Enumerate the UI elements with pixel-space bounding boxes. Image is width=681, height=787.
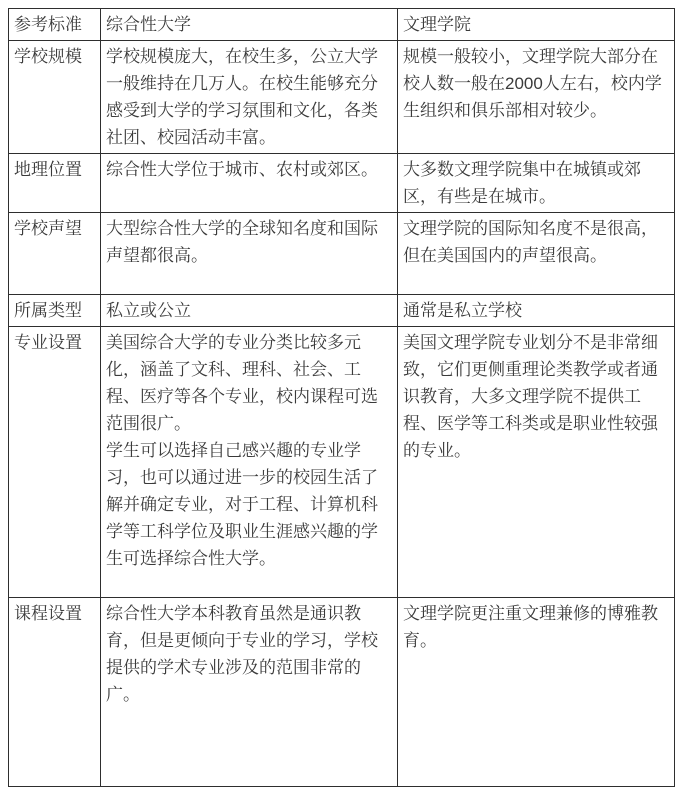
cell-paragraph: 规模一般较小，文理学院大部分在校人数一般在2000人左右，校内学生组织和俱乐部相… xyxy=(403,43,668,124)
cell-paragraph: 私立或公立 xyxy=(106,297,391,324)
table-row: 地理位置 综合性大学位于城市、农村或郊区。 大多数文理学院集中在城镇或郊区，有些… xyxy=(9,154,675,213)
cell-paragraph: 综合性大学位于城市、农村或郊区。 xyxy=(106,156,391,183)
university-cell: 学校规模庞大，在校生多，公立大学一般维持在几万人。在校生能够充分感受到大学的学习… xyxy=(101,41,398,154)
table-row: 所属类型 私立或公立 通常是私立学校 xyxy=(9,295,675,327)
college-cell: 文理学院更注重文理兼修的博雅教育。 xyxy=(398,598,675,787)
criterion-cell: 课程设置 xyxy=(9,598,101,787)
college-cell: 大多数文理学院集中在城镇或郊区，有些是在城市。 xyxy=(398,154,675,213)
cell-paragraph: 美国综合大学的专业分类比较多元化，涵盖了文科、理科、社会、工程、医疗等各个专业，… xyxy=(106,329,391,437)
header-cell-university: 综合性大学 xyxy=(101,9,398,41)
university-cell: 私立或公立 xyxy=(101,295,398,327)
cell-paragraph: 通常是私立学校 xyxy=(403,297,668,324)
cell-paragraph: 综合性大学本科教育虽然是通识教育，但是更倾向于专业的学习，学校提供的学术专业涉及… xyxy=(106,600,391,708)
university-cell: 综合性大学本科教育虽然是通识教育，但是更倾向于专业的学习，学校提供的学术专业涉及… xyxy=(101,598,398,787)
comparison-table: 参考标准 综合性大学 文理学院 学校规模 学校规模庞大，在校生多，公立大学一般维… xyxy=(8,8,675,787)
criterion-cell: 地理位置 xyxy=(9,154,101,213)
college-cell: 规模一般较小，文理学院大部分在校人数一般在2000人左右，校内学生组织和俱乐部相… xyxy=(398,41,675,154)
university-cell: 美国综合大学的专业分类比较多元化，涵盖了文科、理科、社会、工程、医疗等各个专业，… xyxy=(101,327,398,598)
header-cell-college: 文理学院 xyxy=(398,9,675,41)
criterion-cell: 所属类型 xyxy=(9,295,101,327)
criterion-cell: 学校规模 xyxy=(9,41,101,154)
cell-paragraph: 大多数文理学院集中在城镇或郊区，有些是在城市。 xyxy=(403,156,668,210)
header-cell-criterion: 参考标准 xyxy=(9,9,101,41)
cell-paragraph: 学生可以选择自己感兴趣的专业学习，也可以通过进一步的校园生活了解并确定专业，对于… xyxy=(106,437,391,572)
cell-paragraph: 文理学院的国际知名度不是很高，但在美国国内的声望很高。 xyxy=(403,215,668,269)
cell-paragraph: 美国文理学院专业划分不是非常细致，它们更侧重理论类教学或者通识教育，大多文理学院… xyxy=(403,329,668,464)
criterion-cell: 学校声望 xyxy=(9,213,101,295)
cell-paragraph: 文理学院更注重文理兼修的博雅教育。 xyxy=(403,600,668,654)
college-cell: 通常是私立学校 xyxy=(398,295,675,327)
college-cell: 美国文理学院专业划分不是非常细致，它们更侧重理论类教学或者通识教育，大多文理学院… xyxy=(398,327,675,598)
college-cell: 文理学院的国际知名度不是很高，但在美国国内的声望很高。 xyxy=(398,213,675,295)
cell-paragraph: 学校规模庞大，在校生多，公立大学一般维持在几万人。在校生能够充分感受到大学的学习… xyxy=(106,43,391,151)
table-row: 学校规模 学校规模庞大，在校生多，公立大学一般维持在几万人。在校生能够充分感受到… xyxy=(9,41,675,154)
table-row: 学校声望 大型综合性大学的全球知名度和国际声望都很高。 文理学院的国际知名度不是… xyxy=(9,213,675,295)
table-row: 课程设置 综合性大学本科教育虽然是通识教育，但是更倾向于专业的学习，学校提供的学… xyxy=(9,598,675,787)
university-cell: 综合性大学位于城市、农村或郊区。 xyxy=(101,154,398,213)
table-row: 专业设置 美国综合大学的专业分类比较多元化，涵盖了文科、理科、社会、工程、医疗等… xyxy=(9,327,675,598)
cell-paragraph: 大型综合性大学的全球知名度和国际声望都很高。 xyxy=(106,215,391,269)
header-row: 参考标准 综合性大学 文理学院 xyxy=(9,9,675,41)
criterion-cell: 专业设置 xyxy=(9,327,101,598)
university-cell: 大型综合性大学的全球知名度和国际声望都很高。 xyxy=(101,213,398,295)
